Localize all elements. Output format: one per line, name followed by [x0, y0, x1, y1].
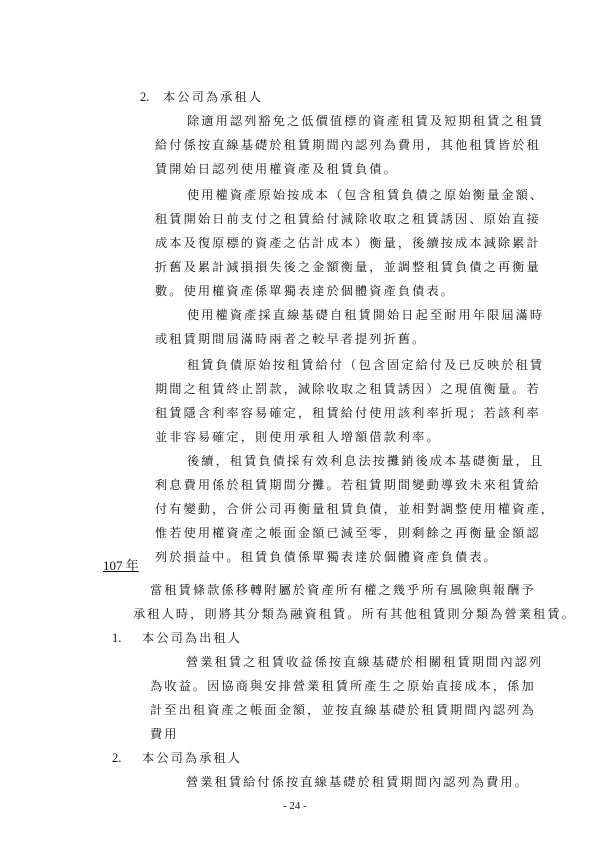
paragraph-line: 成本及復原標的資產之估計成本）衡量，後續按成本減除累計 [155, 235, 541, 251]
section-number: 1. [112, 630, 121, 646]
paragraph-line: 折舊及累計減損損失後之金額衡量，並調整租賃負債之再衡量 [155, 259, 541, 275]
paragraph-line: 當租賃條款係移轉附屬於資產所有權之幾乎所有風險與報酬予 [150, 582, 536, 598]
paragraph-line: 使用權資產原始按成本（包含租賃負債之原始衡量金額、 [187, 187, 544, 203]
paragraph-line: 營業租賃之租賃收益係按直線基礎於相關租賃期間內認列 [186, 654, 543, 670]
section-number: 2. [112, 750, 121, 766]
paragraph-line: 期間之租賃終止罰款，減除收取之租賃誘因）之現值衡量。若 [155, 381, 541, 397]
paragraph-line: 後續，租賃負債採有效利息法按攤銷後成本基礎衡量，且 [187, 453, 544, 469]
year-heading: 107 年 [103, 555, 139, 574]
paragraph-line: 數。使用權資產係單獨表達於個體資產負債表。 [155, 283, 455, 299]
paragraph-line: 並非容易確定，則使用承租人增額借款利率。 [155, 429, 441, 445]
paragraph-line: 惟若使用權資產之帳面金額已減至零，則剩餘之再衡量金額認 [155, 525, 541, 541]
paragraph-line: 承租人時，則將其分類為融資租賃。所有其他租賃則分類為營業租賃。 [133, 606, 576, 622]
paragraph-line: 利息費用係於租賃期間分攤。若租賃期間變動導致未來租賃給 [155, 477, 541, 493]
paragraph-line: 計至出租資產之帳面金額，並按直線基礎於租賃期間內認列為 [150, 702, 536, 718]
paragraph-line: 租賃隱含利率容易確定，租賃給付使用該利率折現；若該利率 [155, 405, 541, 421]
section-heading: 本公司為承租人 [142, 750, 242, 766]
paragraph-line: 租賃開始日前支付之租賃給付減除收取之租賃誘因、原始直接 [155, 211, 541, 227]
section-heading: 本公司為承租人 [163, 89, 263, 105]
paragraph-line: 使用權資產採直線基礎自租賃開始日起至耐用年限屆滿時 [187, 307, 544, 323]
paragraph-line: 為收益。因協商與安排營業租賃所產生之原始直接成本，係加 [150, 678, 536, 694]
paragraph-line: 或租賃期間屆滿時兩者之較早者提列折舊。 [155, 331, 426, 347]
paragraph-line: 給付係按直線基礎於租賃期間內認列為費用，其他租賃皆於租 [155, 137, 541, 153]
paragraph-line: 營業租賃給付係按直線基礎於租賃期間內認列為費用。 [186, 774, 529, 790]
paragraph-line: 費用 [150, 726, 179, 742]
paragraph-line: 列於損益中。租賃負債係單獨表達於個體資產負債表。 [155, 549, 498, 565]
section-heading: 本公司為出租人 [142, 630, 242, 646]
page-number: - 24 - [283, 800, 307, 812]
section-number: 2. [140, 89, 149, 105]
paragraph-line: 付有變動，合併公司再衡量租賃負債，並相對調整使用權資產， [155, 501, 555, 517]
paragraph-line: 除適用認列豁免之低價值標的資產租賃及短期租賃之租賃 [187, 113, 544, 129]
paragraph-line: 租賃負債原始按租賃給付（包含固定給付及已反映於租賃 [187, 357, 544, 373]
paragraph-line: 賃開始日認列使用權資產及租賃負債。 [155, 161, 398, 177]
